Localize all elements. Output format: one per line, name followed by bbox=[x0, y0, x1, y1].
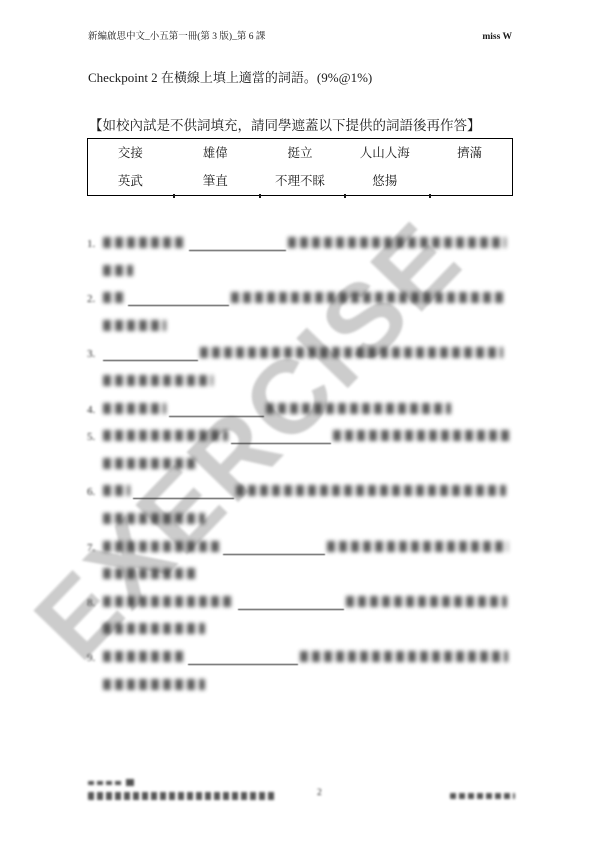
item-number: 7. bbox=[87, 535, 103, 563]
blurred-text bbox=[103, 375, 213, 386]
word-bank-word: 交接 bbox=[88, 139, 173, 167]
word-bank-word: 雄偉 bbox=[173, 139, 258, 167]
column-tick bbox=[259, 194, 261, 198]
item-number: 9. bbox=[87, 645, 103, 673]
word-bank-word: 人山人海 bbox=[342, 139, 427, 167]
page-footer: 2 bbox=[88, 778, 515, 814]
blurred-text bbox=[103, 651, 185, 662]
answer-blank bbox=[238, 595, 344, 610]
item-number: 5. bbox=[87, 424, 103, 452]
item-number: 1. bbox=[87, 231, 103, 259]
blurred-text bbox=[300, 651, 508, 662]
blurred-text bbox=[103, 458, 198, 469]
column-tick bbox=[429, 194, 431, 198]
footer-blurred-glyph bbox=[126, 779, 134, 786]
exercise-item: 5. bbox=[87, 422, 519, 477]
exercise-item: 2. bbox=[87, 284, 519, 339]
item-number: 8. bbox=[87, 590, 103, 618]
exercise-item: 8. bbox=[87, 588, 519, 643]
answer-blank bbox=[223, 540, 325, 555]
blurred-text bbox=[103, 265, 133, 276]
footer-page-number: 2 bbox=[317, 788, 322, 798]
blurred-text bbox=[327, 541, 508, 552]
exercise-item-list: 1.2.3.4.5.6.7.8.9. bbox=[87, 229, 519, 698]
item-number: 6. bbox=[87, 479, 103, 507]
blurred-text bbox=[103, 292, 125, 303]
page-header: 新編啟思中文_小五第一冊(第 3 版)_第 6 課 miss W bbox=[88, 30, 512, 44]
exercise-item: 7. bbox=[87, 533, 519, 588]
exercise-item: 6. bbox=[87, 477, 519, 532]
blurred-text bbox=[103, 623, 205, 634]
answer-blank bbox=[169, 402, 264, 417]
word-bank-word: 悠揚 bbox=[342, 167, 427, 195]
blurred-text bbox=[103, 541, 220, 552]
blurred-text bbox=[103, 320, 166, 331]
blurred-text bbox=[236, 485, 506, 496]
footer-blurred-line1 bbox=[88, 781, 123, 785]
blurred-text bbox=[346, 596, 507, 607]
word-bank-word: 英武 bbox=[88, 167, 173, 195]
blurred-text bbox=[333, 430, 511, 441]
exercise-item: 9. bbox=[87, 643, 519, 698]
word-bank-word bbox=[427, 167, 512, 195]
exercise-item: 1. bbox=[87, 229, 519, 284]
header-teacher-name: miss W bbox=[482, 30, 512, 44]
blurred-text bbox=[103, 403, 166, 414]
blurred-text bbox=[103, 513, 205, 524]
header-course-title: 新編啟思中文_小五第一冊(第 3 版)_第 6 課 bbox=[88, 32, 265, 42]
blurred-text bbox=[103, 237, 186, 248]
word-bank-row: 英武筆直不理不睬悠揚 bbox=[88, 167, 512, 195]
word-bank-word: 不理不睬 bbox=[258, 167, 343, 195]
item-number: 3. bbox=[87, 341, 103, 369]
instruction-note: 【如校內試是不供詞填充，請同學遮蓋以下提供的詞語後再作答】 bbox=[89, 116, 481, 136]
column-tick bbox=[173, 194, 175, 198]
word-bank-word: 挺立 bbox=[258, 139, 343, 167]
answer-blank bbox=[231, 429, 331, 444]
worksheet-page: EXERCISE 新編啟思中文_小五第一冊(第 3 版)_第 6 課 miss … bbox=[0, 0, 602, 851]
blurred-text bbox=[103, 679, 205, 690]
item-number: 4. bbox=[87, 397, 103, 425]
blurred-text bbox=[266, 403, 451, 414]
exercise-item: 3. bbox=[87, 339, 519, 394]
exercise-item: 4. bbox=[87, 395, 519, 423]
answer-blank bbox=[189, 236, 286, 251]
footer-blurred-doc-code bbox=[450, 793, 515, 799]
answer-blank bbox=[133, 484, 234, 499]
checkpoint-title: Checkpoint 2 在橫線上填上適當的詞語。(9%@1%) bbox=[88, 69, 372, 87]
word-bank-table: 交接雄偉挺立人山人海擠滿英武筆直不理不睬悠揚 bbox=[87, 138, 513, 196]
word-bank-word: 筆直 bbox=[173, 167, 258, 195]
word-bank-word: 擠滿 bbox=[427, 139, 512, 167]
blurred-text bbox=[103, 568, 198, 579]
blurred-text bbox=[103, 596, 235, 607]
blurred-text bbox=[231, 292, 503, 303]
blurred-text bbox=[103, 430, 228, 441]
answer-blank bbox=[128, 291, 229, 306]
answer-blank bbox=[103, 346, 198, 361]
answer-blank bbox=[188, 650, 298, 665]
item-number: 2. bbox=[87, 286, 103, 314]
blurred-text bbox=[103, 485, 130, 496]
word-bank-row: 交接雄偉挺立人山人海擠滿 bbox=[88, 139, 512, 167]
blurred-text bbox=[288, 237, 506, 248]
blurred-text bbox=[200, 347, 503, 358]
column-tick bbox=[344, 194, 346, 198]
footer-blurred-left-text bbox=[88, 792, 275, 800]
